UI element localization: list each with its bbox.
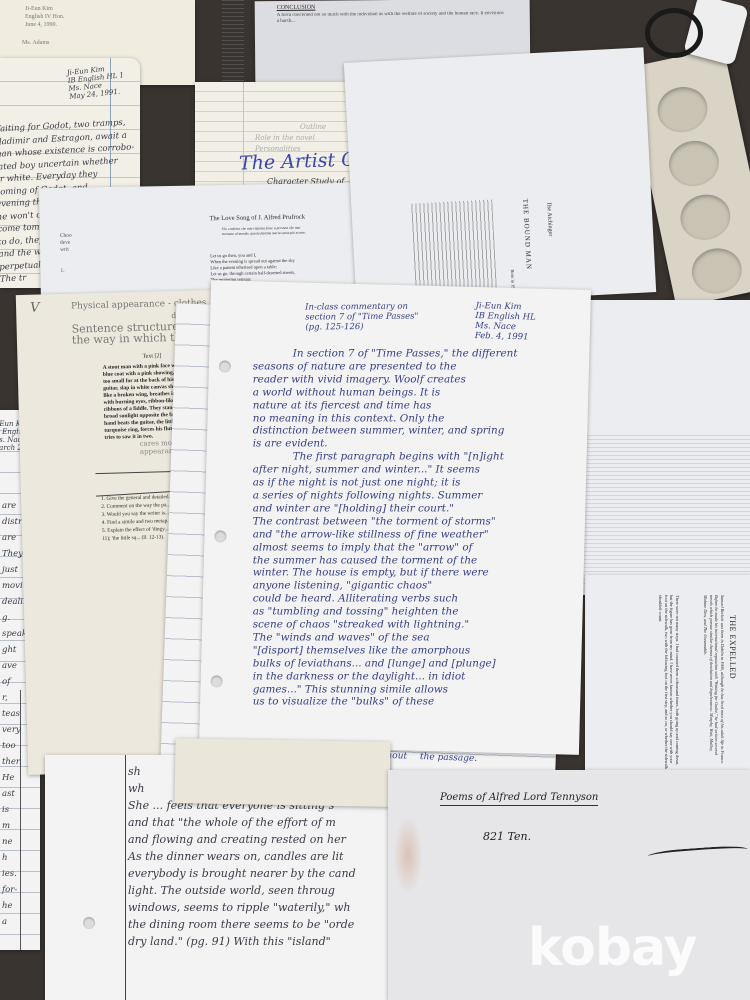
watermark: kobay [528, 918, 697, 978]
essay-line: could be heard. Alliterating verbs such [253, 593, 518, 606]
expelled-intro: Samuel Beckett was born in Dublin in 190… [703, 595, 725, 765]
essay-line: and winter are "[holding] their court." [253, 503, 518, 516]
side-fragment: writ [60, 247, 72, 254]
rust-stain [393, 815, 423, 895]
edge-word: ne [2, 834, 28, 850]
essay-line: games..." This stunning simile allows [253, 683, 518, 696]
faded-text-block [580, 435, 750, 585]
essay-line: windows, seems to ripple "waterily," wh [128, 899, 356, 916]
edge-word: a [2, 914, 28, 930]
essay-line: a series of nights following nights. Sum… [253, 490, 518, 503]
faint-line: Outline [255, 122, 326, 133]
essay-line: us to visualize the "bulks" of these [253, 696, 518, 709]
black-cable [645, 8, 703, 58]
edge-word: for- [2, 882, 28, 898]
poem-epigraph: S'io credesse che mia risposta fosse a p… [222, 226, 310, 237]
story-title: THE BOUND MAN [521, 199, 533, 271]
right-faded-sheet [575, 300, 750, 595]
tennyson-title: Poems of Alfred Lord Tennyson [440, 792, 598, 806]
essay-line: as "tumbling and tossing" heighten the [253, 606, 518, 619]
poem-title: The Love Song of J. Alfred Prufrock [209, 214, 305, 223]
essay-line: anyone listening, "gigantic chaos" [253, 580, 518, 593]
edge-word: ast [2, 786, 28, 802]
essay-line: bulks of leviathans... and [lunge] and [… [253, 657, 518, 670]
edge-word: He [2, 770, 28, 786]
essay-line: winter. The house is empty, but if there… [253, 567, 518, 580]
essay-line: "[disport] themselves like the amorphous [253, 645, 518, 658]
edge-word: very [2, 722, 28, 738]
edge-word: he [2, 898, 28, 914]
expelled-title: THE EXPELLED [728, 615, 737, 679]
edge-word: too [2, 738, 28, 754]
story-author: Ilse Aichinger [545, 202, 553, 236]
expelled-body: There were not many steps. I had counted… [658, 595, 680, 770]
edge-word: teas [2, 706, 28, 722]
essay-header-left: (pg. 125-126) [305, 322, 418, 333]
story-text-block [410, 199, 497, 293]
essay-line: The first paragraph begins with "[n]ight [253, 451, 518, 464]
sheet-date: June 4, 1990. [25, 21, 64, 29]
essay-line: as if the night is not just one night; i… [253, 477, 518, 490]
binder-hole [83, 917, 95, 929]
essay-line: distinction between summer, winter, and … [253, 425, 518, 438]
binder-hole [219, 360, 231, 372]
sheet-class: English IV Hon. [25, 13, 64, 21]
essay-line: and that "the whole of the effort of m [128, 814, 356, 831]
essay-date: Feb. 4, 1991 [475, 331, 536, 343]
essay-line: almost seems to imply that the "arrow" o… [253, 541, 518, 554]
main-essay-page: In-class commentary on section 7 of "Tim… [199, 280, 591, 755]
artist-card: Outline Role in the novel Personalities … [195, 82, 365, 192]
bound-man-sheet: Ilse Aichinger THE BOUND MAN Born in 192… [344, 47, 656, 307]
essay-line: everybody is brought nearer by the cand [128, 865, 356, 882]
underpage-word: the passage. [420, 752, 478, 764]
ink-squiggle [648, 845, 749, 864]
essay-line: and flowing and creating rested on her [128, 831, 356, 848]
side-fragment: 1. [60, 268, 72, 275]
call-number: 821 Ten. [483, 830, 531, 843]
essay-line: the summer has caused the torment of the [253, 554, 518, 567]
essay-line: is are evident. [253, 438, 518, 451]
essay-line: no meaning in this context. Only the [253, 412, 518, 425]
essay-line: reader with vivid imagery. Woolf creates [253, 374, 518, 387]
essay-line: As the dinner wears on, candles are lit [128, 848, 356, 865]
binder-hole [210, 675, 222, 687]
socket-2 [665, 136, 723, 190]
margin-check-mark: V [30, 300, 40, 315]
artist-card-title: The Artist Conf [239, 147, 365, 174]
faint-line: Role in the novel [255, 133, 326, 144]
essay-line: and "the arrow-like stillness of fine we… [253, 528, 518, 541]
essay-line: dry land." (pg. 91) With this "island" [128, 933, 356, 950]
cream-flap [174, 738, 390, 807]
passage-label: Text [2] [142, 353, 161, 359]
essay-heading: CONCLUSION [277, 5, 316, 11]
socket-4 [688, 244, 746, 298]
edge-word: ies. [2, 866, 28, 882]
binder-hole [214, 530, 226, 542]
socket-3 [676, 190, 734, 244]
socket-1 [653, 82, 711, 136]
sheet-name: Ji-Eun Kim [25, 5, 64, 13]
essay-line: nature at its fiercest and time has [253, 399, 518, 412]
photocopy-strip [222, 0, 244, 90]
essay-line: a world without human beings. It is [253, 386, 518, 399]
essay-line: In section 7 of "Time Passes," the diffe… [253, 348, 518, 361]
essay-line: in the darkness or the daylight... in id… [253, 670, 518, 683]
essay-line: after night, summer and winter..." It se… [253, 464, 518, 477]
edge-word: m [2, 818, 28, 834]
edge-word: r, [2, 690, 28, 706]
essay-line: the dining room there seems to be "orde [128, 916, 356, 933]
essay-line: seasons of nature are presented to the [253, 361, 518, 374]
edge-word: h [2, 850, 28, 866]
essay-line: scene of chaos "streaked with lightning.… [253, 619, 518, 632]
essay-header-left: section 7 of "Time Passes" [305, 312, 418, 323]
essay-line: light. The outside world, seen throug [128, 882, 356, 899]
edge-word: is [2, 802, 28, 818]
edge-word: ther. [2, 754, 28, 770]
edge-word: of [2, 674, 28, 690]
essay-line: The "winds and waves" of the sea [253, 632, 518, 645]
expelled-sheet: THE EXPELLED Samuel Beckett was born in … [585, 575, 750, 775]
essay-line: The contrast between "the torment of sto… [253, 516, 518, 529]
sheet-addressee: Ms. Adams [22, 40, 49, 46]
